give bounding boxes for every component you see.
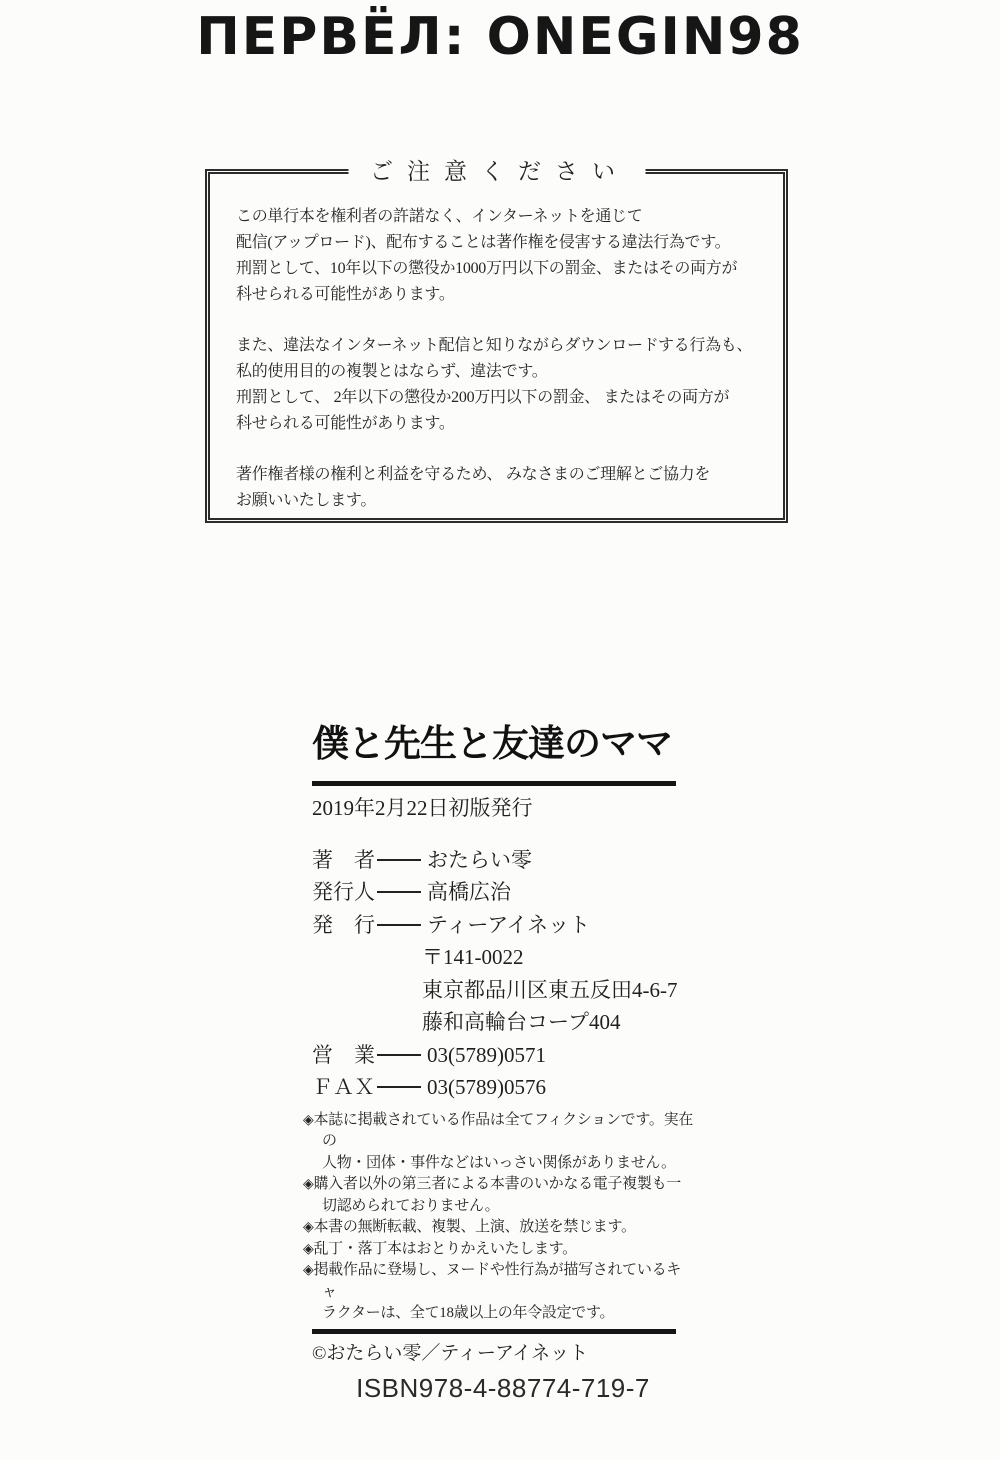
translator-credit: ПЕРВЁЛ: ONEGIN98 (0, 6, 1000, 68)
warning-box-title: ご注意ください (348, 157, 645, 187)
row-label: 営 業 (312, 1039, 375, 1072)
row-value: おたらい零 (427, 848, 532, 872)
note-reproduction: ◈本書の無断転載、複製、上演、放送を禁じます。 (303, 1217, 694, 1239)
row-value: 藤和高輪台コープ404 (422, 1010, 620, 1034)
diamond-bullet-icon: ◈ (303, 1263, 313, 1278)
row-label: 著 者 (312, 844, 375, 877)
warning-paragraph-1: この単行本を権利者の許諾なく、インターネットを通じて 配信(アップロード)、配布… (236, 204, 757, 308)
publisher-row: 発 行ティーアイネット (312, 909, 694, 942)
postal-code-row: 〒141-0022 (312, 941, 694, 974)
row-value: 東京都品川区東五反田4-6-7 (422, 978, 678, 1002)
publication-info: 著 者おたらい零 発行人高橋広治 発 行ティーアイネット 〒141-0022 東… (312, 844, 694, 1104)
diamond-bullet-icon: ◈ (303, 1177, 313, 1192)
divider-rule-top (312, 781, 676, 786)
book-title: 僕と先生と友達のママ (312, 724, 694, 767)
note-age-statement: ◈掲載作品に登場し、ヌードや性行為が描写されているキャラクターは、全て18歳以上… (303, 1260, 694, 1325)
divider-rule-bottom (312, 1329, 676, 1334)
em-dash (377, 859, 421, 861)
note-digital-copy: ◈購入者以外の第三者による本書のいかなる電子複製も一切認められておりません。 (303, 1174, 694, 1217)
diamond-bullet-icon: ◈ (303, 1242, 313, 1257)
em-dash (377, 1054, 421, 1056)
fax-row: ＦＡＸ03(5789)0576 (312, 1071, 694, 1104)
row-value: 03(5789)0571 (427, 1043, 546, 1067)
warning-paragraph-3: 著作権者様の権利と利益を守るため、 みなさまのご理解とご協力を お願いいたします… (236, 462, 757, 514)
row-value: 〒141-0022 (422, 945, 524, 969)
em-dash (377, 924, 421, 926)
address-row-2: 藤和高輪台コープ404 (312, 1006, 694, 1039)
edition-date: 2019年2月22日初版発行 (312, 794, 694, 822)
note-fiction: ◈本誌に掲載されている作品は全てフィクションです。実在の人物・団体・事件などはい… (303, 1110, 694, 1175)
sales-phone-row: 営 業03(5789)0571 (312, 1039, 694, 1072)
row-label: ＦＡＸ (312, 1071, 375, 1104)
copyright-warning-box: ご注意ください この単行本を権利者の許諾なく、インターネットを通じて 配信(アッ… (205, 169, 788, 523)
row-label: 発行人 (312, 876, 375, 909)
row-label: 発 行 (312, 909, 375, 942)
publisher-person-row: 発行人高橋広治 (312, 876, 694, 909)
row-value: ティーアイネット (427, 913, 590, 937)
legal-notes: ◈本誌に掲載されている作品は全てフィクションです。実在の人物・団体・事件などはい… (303, 1110, 694, 1325)
row-value: 03(5789)0576 (427, 1075, 546, 1099)
copyright-line: ©おたらい零／ティーアイネット (312, 1341, 694, 1367)
colophon-page: ПЕРВЁЛ: ONEGIN98 ご注意ください この単行本を権利者の許諾なく、… (0, 0, 1000, 1460)
isbn-number: ISBN978-4-88774-719-7 (312, 1371, 694, 1405)
em-dash (377, 1086, 421, 1088)
row-value: 高橋広治 (427, 880, 511, 904)
author-row: 著 者おたらい零 (312, 844, 694, 877)
diamond-bullet-icon: ◈ (303, 1220, 313, 1235)
em-dash (377, 891, 421, 893)
colophon-block: 僕と先生と友達のママ 2019年2月22日初版発行 著 者おたらい零 発行人高橋… (312, 724, 694, 1405)
warning-paragraph-2: また、違法なインターネット配信と知りながらダウンロードする行為も、 私的使用目的… (236, 333, 757, 437)
address-row-1: 東京都品川区東五反田4-6-7 (312, 974, 694, 1007)
note-defective-copies: ◈乱丁・落丁本はおとりかえいたします。 (303, 1239, 694, 1261)
diamond-bullet-icon: ◈ (303, 1113, 313, 1128)
